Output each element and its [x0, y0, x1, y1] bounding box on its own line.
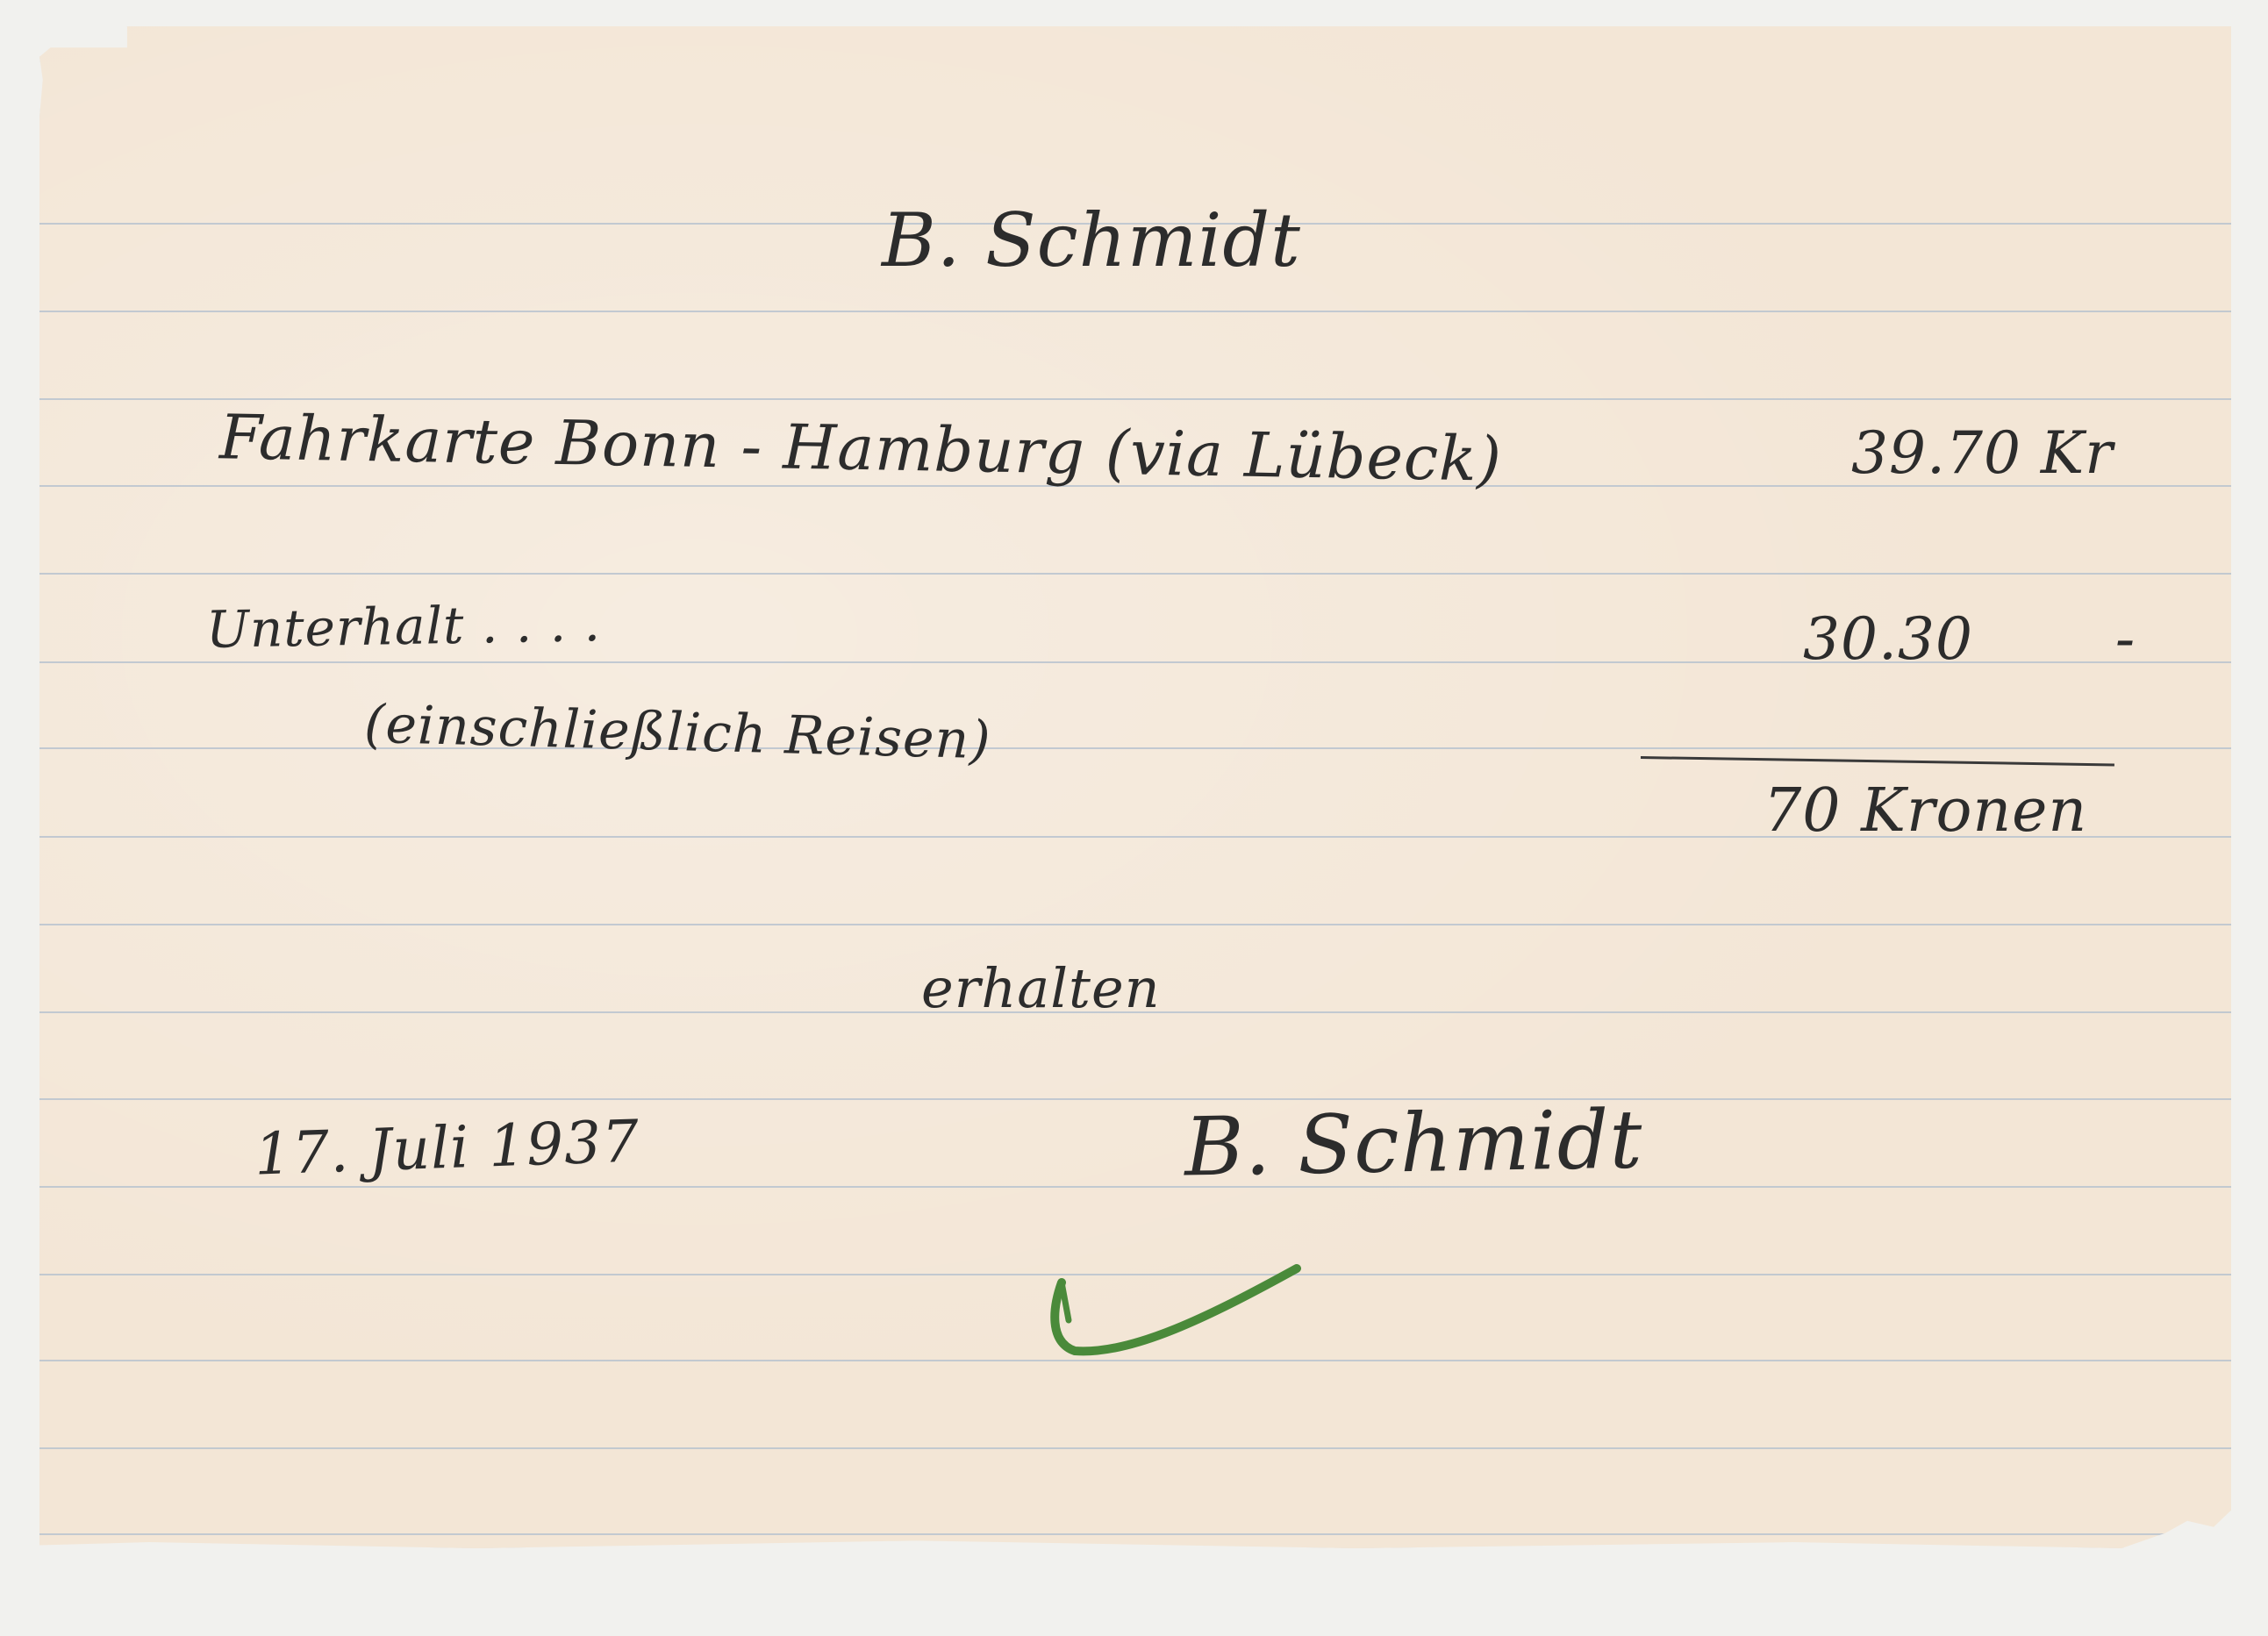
green-check-mark-icon [0, 0, 2268, 1636]
